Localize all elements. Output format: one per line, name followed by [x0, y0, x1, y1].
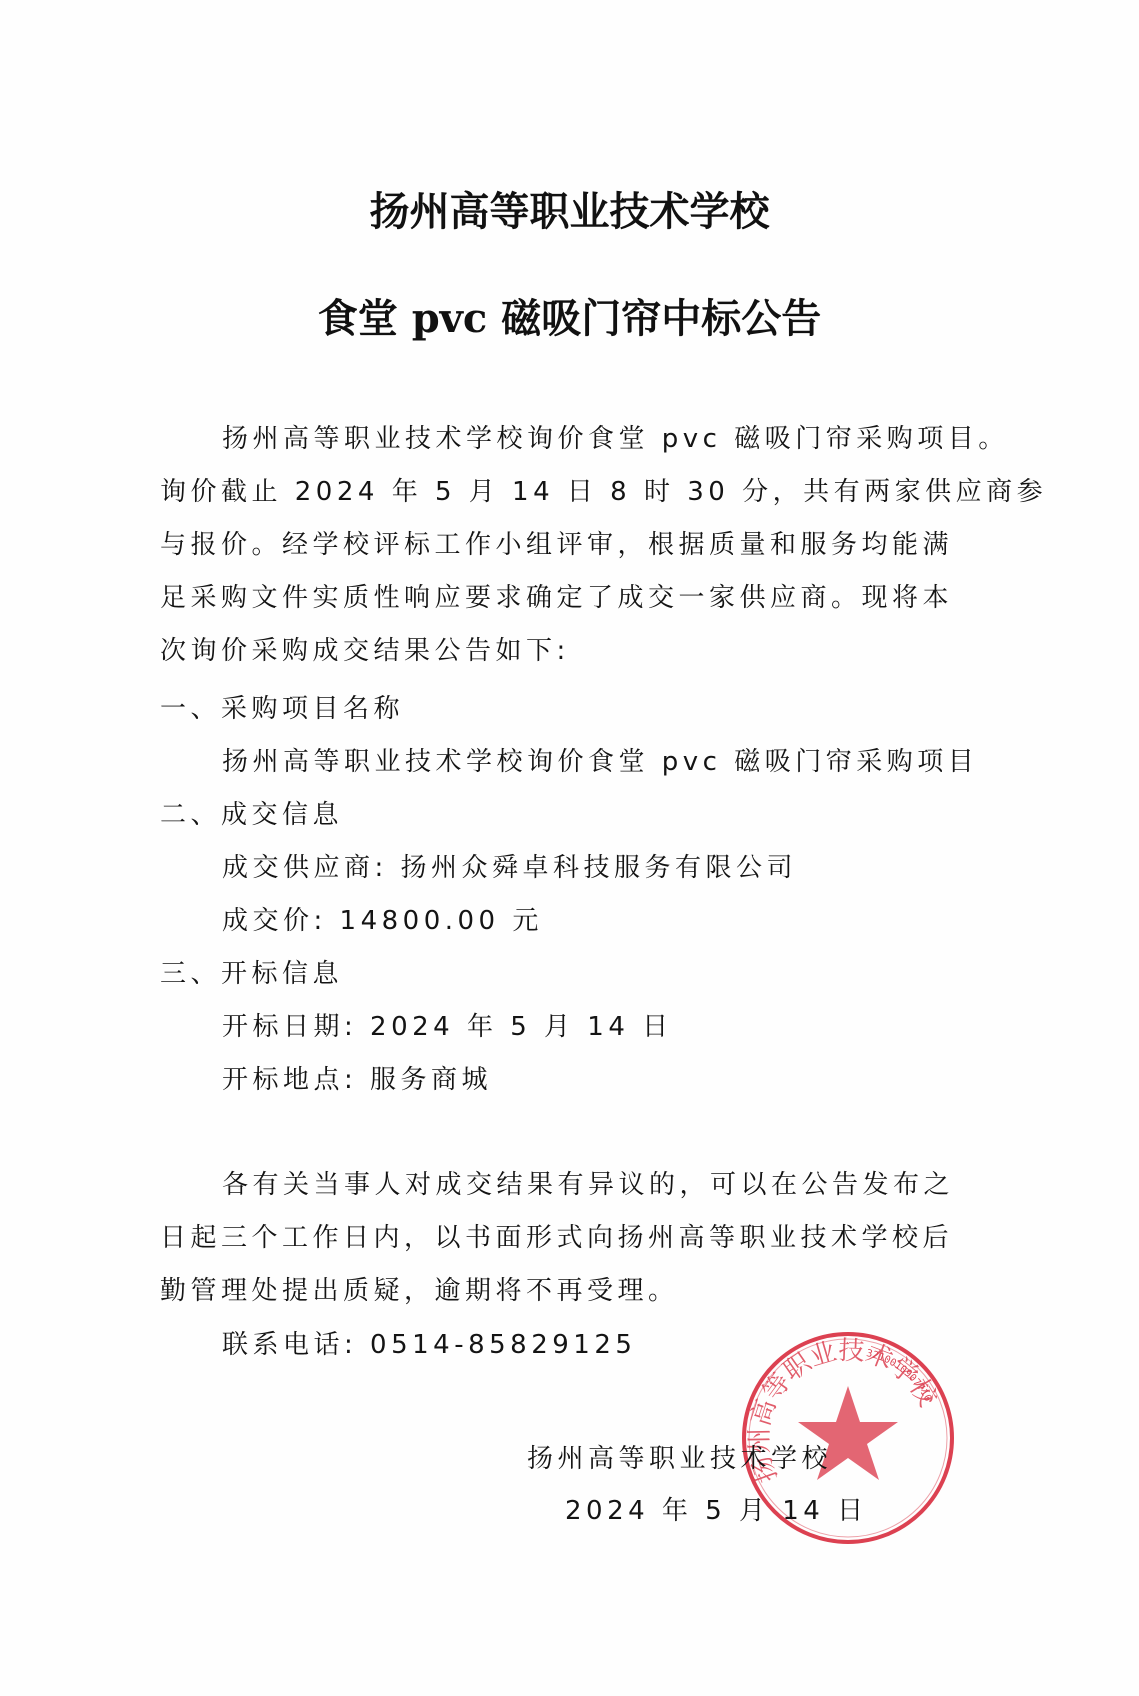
- section-heading: 二、成交信息: [160, 798, 343, 832]
- section-heading: 三、开标信息: [160, 957, 343, 991]
- contact-phone: 联系电话: 0514-85829125: [222, 1328, 636, 1362]
- objection-line: 日起三个工作日内，以书面形式向扬州高等职业技术学校后: [160, 1221, 953, 1255]
- opening-date: 开标日期: 2024 年 5 月 14 日: [222, 1010, 673, 1044]
- intro-line: 询价截止 2024 年 5 月 14 日 8 时 30 分，共有两家供应商参: [160, 475, 1047, 509]
- opening-location: 开标地点: 服务商城: [222, 1063, 492, 1097]
- section-heading: 一、采购项目名称: [160, 692, 404, 726]
- intro-line: 足采购文件实质性响应要求确定了成交一家供应商。现将本: [160, 581, 953, 615]
- signature-date: 2024 年 5 月 14 日: [565, 1494, 868, 1528]
- document-title-notice: 食堂 pvc 磁吸门帘中标公告: [0, 295, 1139, 343]
- objection-line: 各有关当事人对成交结果有异议的，可以在公告发布之: [222, 1168, 954, 1202]
- deal-price: 成交价: 14800.00 元: [222, 904, 543, 938]
- document-page: 扬州高等职业技术学校 食堂 pvc 磁吸门帘中标公告 扬州高等职业技术学校询价食…: [0, 0, 1139, 1696]
- intro-line: 扬州高等职业技术学校询价食堂 pvc 磁吸门帘采购项目。: [222, 422, 1009, 456]
- intro-line: 与报价。经学校评标工作小组评审，根据质量和服务均能满: [160, 528, 953, 562]
- objection-line: 勤管理处提出质疑，逾期将不再受理。: [160, 1274, 679, 1308]
- section-item: 扬州高等职业技术学校询价食堂 pvc 磁吸门帘采购项目: [222, 745, 978, 779]
- signature-organization: 扬州高等职业技术学校: [527, 1442, 832, 1476]
- intro-line: 次询价采购成交结果公告如下:: [160, 634, 570, 668]
- winning-supplier: 成交供应商: 扬州众舜卓科技服务有限公司: [222, 851, 797, 885]
- document-title-school: 扬州高等职业技术学校: [0, 188, 1139, 236]
